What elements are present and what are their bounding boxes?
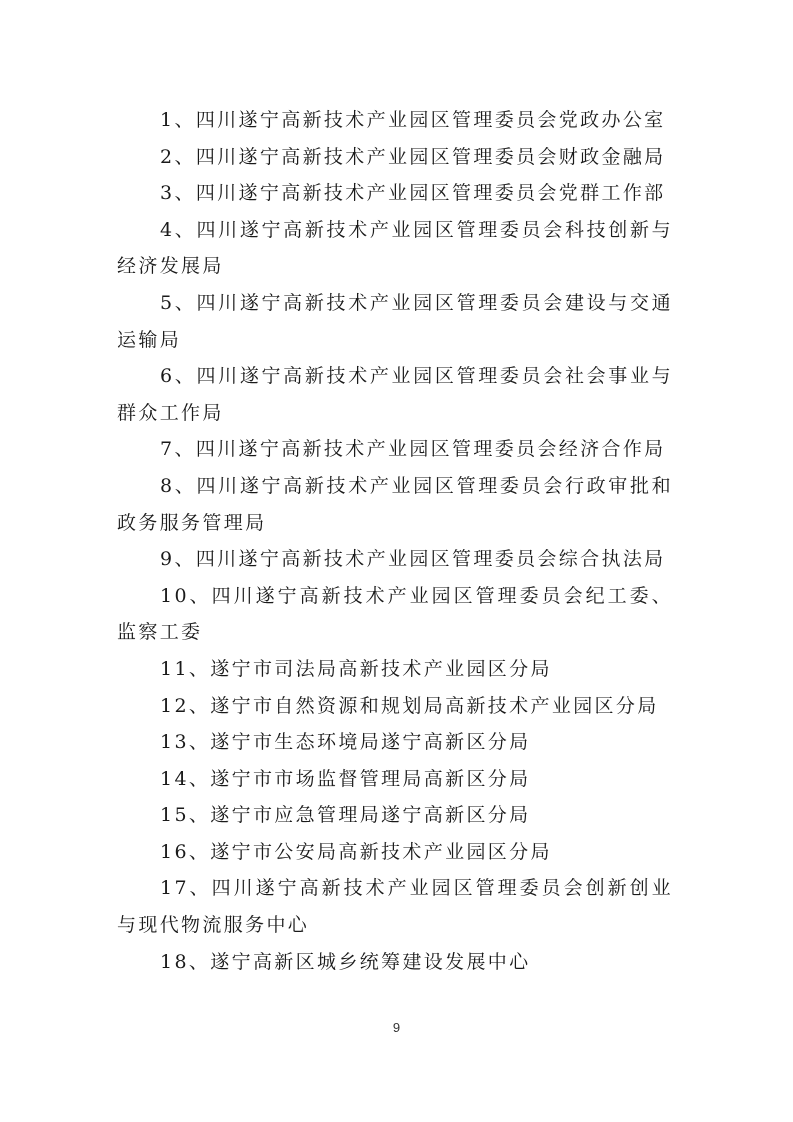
item-text: 四川遂宁高新技术产业园区管理委员会财政金融局 — [196, 146, 666, 168]
list-item-17: 17、四川遂宁高新技术产业园区管理委员会创新创业与现代物流服务中心 — [117, 870, 673, 943]
item-number: 12 — [160, 695, 189, 717]
item-separator: 、 — [189, 768, 210, 790]
item-separator: 、 — [189, 731, 210, 753]
list-item-11: 11、遂宁市司法局高新技术产业园区分局 — [117, 651, 673, 688]
item-separator: 、 — [174, 146, 195, 168]
item-separator: 、 — [189, 695, 210, 717]
item-number: 4 — [160, 219, 174, 241]
item-separator: 、 — [189, 585, 212, 607]
item-text: 遂宁市司法局高新技术产业园区分局 — [210, 658, 552, 680]
item-text: 遂宁高新区城乡统筹建设发展中心 — [210, 951, 530, 973]
list-item-8: 8、四川遂宁高新技术产业园区管理委员会行政审批和政务服务管理局 — [117, 468, 673, 541]
item-number: 14 — [160, 768, 189, 790]
item-number: 9 — [160, 548, 174, 570]
item-separator: 、 — [174, 182, 195, 204]
item-text: 四川遂宁高新技术产业园区管理委员会党政办公室 — [196, 109, 666, 131]
item-number: 18 — [160, 951, 189, 973]
item-text: 四川遂宁高新技术产业园区管理委员会经济合作局 — [196, 438, 666, 460]
item-text: 四川遂宁高新技术产业园区管理委员会建设与交通运输局 — [117, 292, 673, 351]
document-body: 1、四川遂宁高新技术产业园区管理委员会党政办公室 2、四川遂宁高新技术产业园区管… — [117, 102, 673, 980]
item-separator: 、 — [189, 658, 210, 680]
item-separator: 、 — [174, 109, 195, 131]
list-item-6: 6、四川遂宁高新技术产业园区管理委员会社会事业与群众工作局 — [117, 358, 673, 431]
item-separator: 、 — [174, 219, 196, 241]
item-separator: 、 — [174, 438, 195, 460]
item-number: 8 — [160, 475, 174, 497]
item-text: 四川遂宁高新技术产业园区管理委员会社会事业与群众工作局 — [117, 365, 673, 424]
list-item-9: 9、四川遂宁高新技术产业园区管理委员会综合执法局 — [117, 541, 673, 578]
item-text: 四川遂宁高新技术产业园区管理委员会党群工作部 — [196, 182, 666, 204]
list-item-3: 3、四川遂宁高新技术产业园区管理委员会党群工作部 — [117, 175, 673, 212]
item-text: 遂宁市市场监督管理局高新区分局 — [210, 768, 530, 790]
list-item-10: 10、四川遂宁高新技术产业园区管理委员会纪工委、监察工委 — [117, 578, 673, 651]
item-separator: 、 — [189, 951, 210, 973]
item-text: 遂宁市公安局高新技术产业园区分局 — [210, 841, 552, 863]
item-number: 2 — [160, 146, 174, 168]
item-separator: 、 — [189, 841, 210, 863]
item-text: 四川遂宁高新技术产业园区管理委员会行政审批和政务服务管理局 — [117, 475, 673, 534]
item-text: 四川遂宁高新技术产业园区管理委员会综合执法局 — [196, 548, 666, 570]
list-item-5: 5、四川遂宁高新技术产业园区管理委员会建设与交通运输局 — [117, 285, 673, 358]
item-number: 15 — [160, 804, 189, 826]
item-number: 3 — [160, 182, 174, 204]
item-text: 遂宁市生态环境局遂宁高新区分局 — [210, 731, 530, 753]
item-separator: 、 — [174, 475, 196, 497]
item-number: 10 — [160, 585, 189, 607]
list-item-14: 14、遂宁市市场监督管理局高新区分局 — [117, 761, 673, 798]
item-text: 遂宁市应急管理局遂宁高新区分局 — [210, 804, 530, 826]
item-number: 17 — [160, 877, 189, 899]
item-number: 11 — [160, 658, 189, 680]
list-item-13: 13、遂宁市生态环境局遂宁高新区分局 — [117, 724, 673, 761]
item-number: 1 — [160, 109, 174, 131]
item-text: 遂宁市自然资源和规划局高新技术产业园区分局 — [210, 695, 658, 717]
item-number: 6 — [160, 365, 174, 387]
item-separator: 、 — [189, 877, 212, 899]
list-item-12: 12、遂宁市自然资源和规划局高新技术产业园区分局 — [117, 688, 673, 725]
list-item-15: 15、遂宁市应急管理局遂宁高新区分局 — [117, 797, 673, 834]
item-text: 四川遂宁高新技术产业园区管理委员会科技创新与经济发展局 — [117, 219, 673, 278]
list-item-1: 1、四川遂宁高新技术产业园区管理委员会党政办公室 — [117, 102, 673, 139]
list-item-2: 2、四川遂宁高新技术产业园区管理委员会财政金融局 — [117, 139, 673, 176]
item-separator: 、 — [174, 292, 196, 314]
item-separator: 、 — [189, 804, 210, 826]
list-item-4: 4、四川遂宁高新技术产业园区管理委员会科技创新与经济发展局 — [117, 212, 673, 285]
item-number: 16 — [160, 841, 189, 863]
list-item-16: 16、遂宁市公安局高新技术产业园区分局 — [117, 834, 673, 871]
item-separator: 、 — [174, 548, 195, 570]
item-separator: 、 — [174, 365, 196, 387]
page-number: 9 — [0, 1020, 793, 1035]
list-item-7: 7、四川遂宁高新技术产业园区管理委员会经济合作局 — [117, 431, 673, 468]
item-number: 5 — [160, 292, 174, 314]
item-number: 7 — [160, 438, 174, 460]
list-item-18: 18、遂宁高新区城乡统筹建设发展中心 — [117, 944, 673, 981]
item-number: 13 — [160, 731, 189, 753]
